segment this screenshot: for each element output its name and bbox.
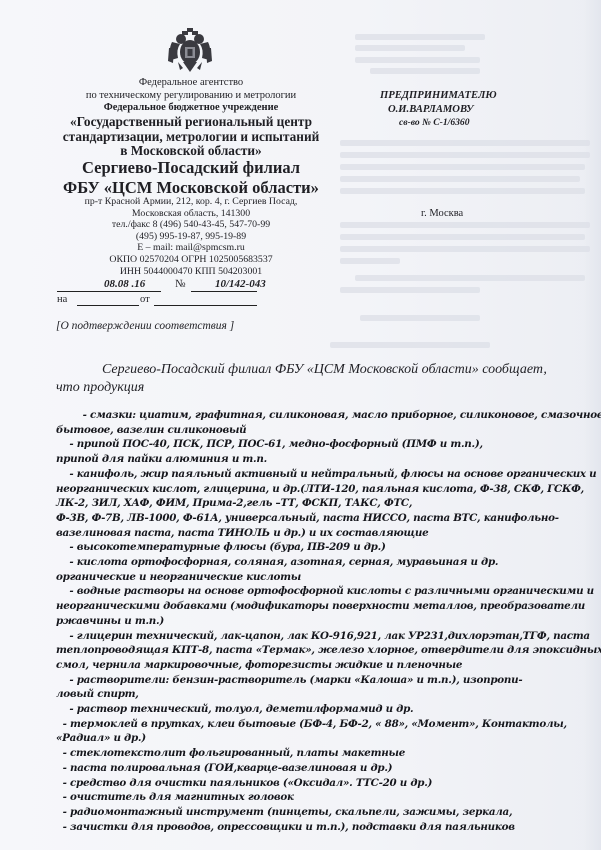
intro-paragraph: Сергиево-Посадский филиал ФБУ «ЦСМ Моско…: [56, 361, 596, 396]
product-list-line: ржавчины и т.п.): [56, 614, 596, 629]
agency-line: Федеральное агентство: [60, 78, 322, 91]
address-line: пр-т Красной Армии, 212, кор. 4, г. Серг…: [60, 197, 322, 209]
product-list-line: - высокотемпературные флюсы (бура, ПВ-20…: [56, 540, 596, 555]
scanned-letter-page: Федеральное агентство по техническому ре…: [0, 0, 601, 850]
addressee-title: ПРЕДПРИНИМАТЕЛЮ: [380, 89, 497, 103]
product-list-item: - высокотемпературные флюсы (бура, ПВ-20…: [56, 540, 596, 555]
agency-name: Федеральное агентство по техническому ре…: [60, 78, 322, 103]
product-list-item: - очиститель для магнитных головок: [56, 790, 596, 805]
product-list-line: - стеклотекстолит фольгированный, платы …: [56, 746, 596, 761]
on-label: на: [57, 294, 67, 305]
center-name: «Государственный региональный центр стан…: [60, 115, 322, 159]
inn-kpp-line: ИНН 5044000470 КПП 504203001: [60, 267, 322, 279]
from-underline: [154, 305, 257, 306]
date-underline: [57, 291, 161, 292]
product-list-line: смол, чернила маркировочные, фоторезисты…: [56, 658, 596, 673]
product-list-item: - глицерин технический, лак-цапон, лак К…: [56, 629, 596, 673]
contact-details: пр-т Красной Армии, 212, кор. 4, г. Серг…: [60, 197, 322, 278]
product-list-line: - глицерин технический, лак-цапон, лак К…: [56, 629, 596, 644]
product-list-line: вазелиновая паста, паста ТИНОЛЬ и др.) и…: [56, 526, 596, 541]
branch-name: Сергиево-Посадский филиал ФБУ «ЦСМ Моско…: [60, 160, 322, 199]
city: г. Москва: [421, 208, 463, 219]
product-list-item: - канифоль, жир паяльный активный и нейт…: [56, 467, 596, 541]
okpo-ogrn-line: ОКПО 02570204 ОГРН 1025005683537: [60, 255, 322, 267]
product-list-line: припой для пайки алюминия и т.п.: [56, 452, 596, 467]
product-list-line: теплопроводящая КПТ-8, паста «Термак», ж…: [56, 643, 596, 658]
product-list-line: бытовое, вазелин силиконовый: [56, 423, 596, 438]
product-list-line: неорганических кислот, глицерина, и др.(…: [56, 482, 596, 497]
product-list-item: - смазки: циатим, графитная, силиконовая…: [56, 408, 596, 437]
product-list-line: - припой ПОС-40, ПСК, ПСР, ПОС-61, медно…: [56, 437, 596, 452]
addressee-block: ПРЕДПРИНИМАТЕЛЮ О.И.ВАРЛАМОВУ св-во № С-…: [380, 89, 497, 130]
product-list-item: - кислота ортофосфорная, соляная, азотна…: [56, 555, 596, 584]
russian-coat-of-arms-icon: [166, 28, 214, 74]
product-list-line: - зачистки для проводов, опрессовщики и …: [56, 820, 596, 835]
product-list-line: Ф-3В, Ф-7В, ЛВ-1000, Ф-61А, универсальны…: [56, 511, 596, 526]
product-list-item: - водные растворы на основе ортофосфорно…: [56, 584, 596, 628]
product-list-item: - средство для очистки паяльников («Окси…: [56, 776, 596, 791]
product-list-item: - термоклей в прутках, клеи бытовые (БФ-…: [56, 717, 596, 746]
letter-subject: [О подтверждении соответствия ]: [56, 320, 234, 332]
product-list-line: - радиомонтажный инструмент (пинцеты, ск…: [56, 805, 596, 820]
product-list-item: - радиомонтажный инструмент (пинцеты, ск…: [56, 805, 596, 820]
product-list-line: - очиститель для магнитных головок: [56, 790, 596, 805]
product-list-item: - стеклотекстолит фольгированный, платы …: [56, 746, 596, 761]
letter-number: 10/142-043: [215, 278, 266, 290]
number-underline: [191, 291, 257, 292]
product-list-line: «Радиал» и др.): [56, 731, 596, 746]
center-name-line: в Московской области»: [60, 144, 322, 159]
number-label: №: [175, 278, 186, 290]
product-list-line: - паста полировальная (ГОИ,кварце-вазели…: [56, 761, 596, 776]
addressee-certificate: св-во № С-1/6360: [399, 116, 516, 130]
intro-line: что продукция: [56, 379, 596, 397]
product-list-line: - смазки: циатим, графитная, силиконовая…: [56, 408, 596, 423]
product-list-line: - термоклей в прутках, клеи бытовые (БФ-…: [56, 717, 596, 732]
product-list-line: неорганическими добавками (модификаторы …: [56, 599, 596, 614]
product-list-item: - растворители: бензин-растворитель (мар…: [56, 673, 596, 702]
product-list-line: - средство для очистки паяльников («Окси…: [56, 776, 596, 791]
product-list-line: - растворители: бензин-растворитель (мар…: [56, 673, 596, 688]
product-list-line: - канифоль, жир паяльный активный и нейт…: [56, 467, 596, 482]
intro-line: Сергиево-Посадский филиал ФБУ «ЦСМ Моско…: [102, 362, 547, 377]
product-list-line: - раствор технический, толуол, деметилфо…: [56, 702, 596, 717]
product-list-item: - припой ПОС-40, ПСК, ПСР, ПОС-61, медно…: [56, 437, 596, 466]
product-list-line: - водные растворы на основе ортофосфорно…: [56, 584, 596, 599]
product-list-item: - паста полировальная (ГОИ,кварце-вазели…: [56, 761, 596, 776]
branch-name-line: Сергиево-Посадский филиал: [60, 160, 322, 180]
addressee-name: О.И.ВАРЛАМОВУ: [388, 103, 505, 117]
product-list-item: - зачистки для проводов, опрессовщики и …: [56, 820, 596, 835]
institution-type: Федеральное бюджетное учреждение: [60, 103, 322, 114]
product-list-line: - кислота ортофосфорная, соляная, азотна…: [56, 555, 596, 570]
center-name-line: «Государственный региональный центр: [60, 115, 322, 130]
product-list-line: органические и неорганические кислоты: [56, 570, 596, 585]
on-underline: [77, 305, 139, 306]
product-list-line: ЛК-2, ЗИЛ, ХАФ, ФИМ, Прима-2,гель –ТТ, Ф…: [56, 496, 596, 511]
center-name-line: стандартизации, метрологии и испытаний: [60, 130, 322, 145]
product-list-line: ловый спирт,: [56, 687, 596, 702]
product-list-item: - раствор технический, толуол, деметилфо…: [56, 702, 596, 717]
from-label: от: [140, 294, 150, 305]
product-list: - смазки: циатим, графитная, силиконовая…: [56, 408, 596, 834]
letter-date: 08.08 .16: [104, 278, 145, 290]
